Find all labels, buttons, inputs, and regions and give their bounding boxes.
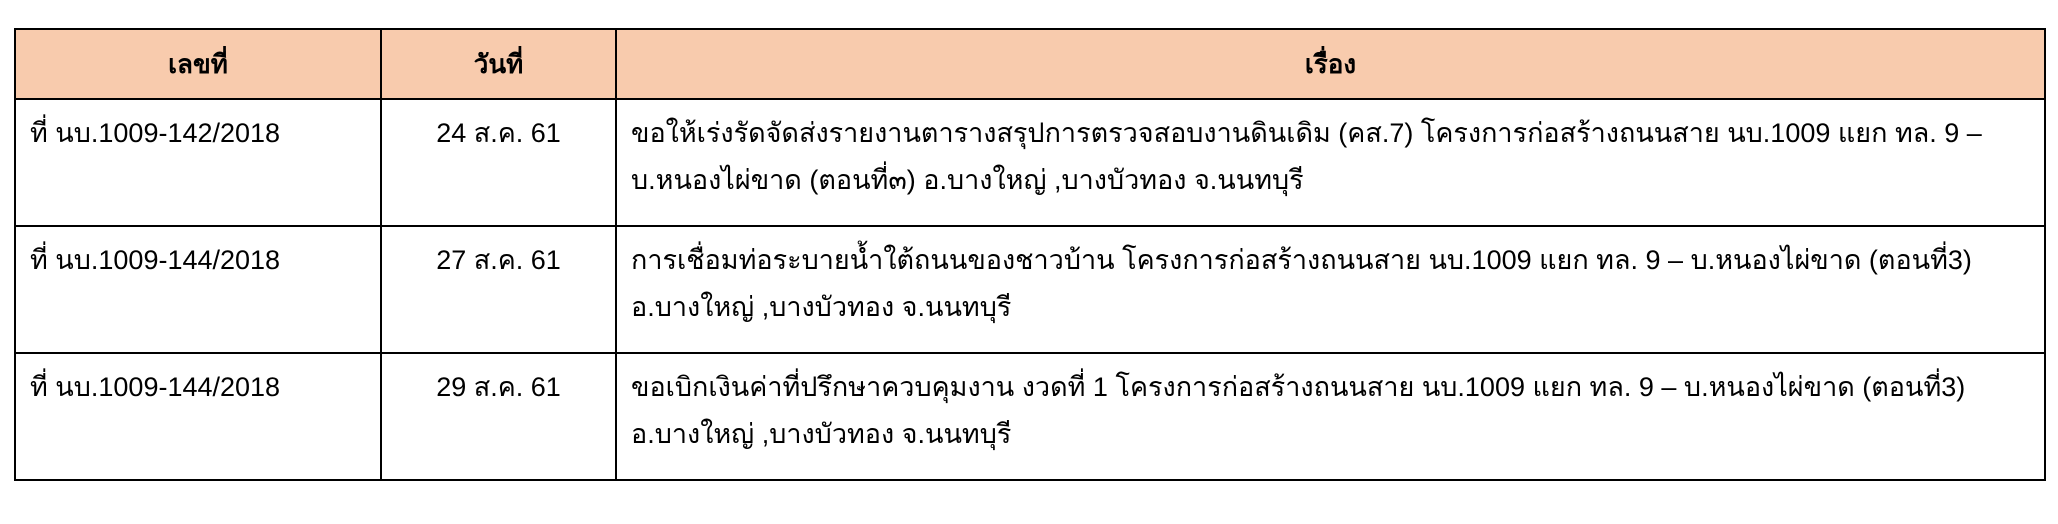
table-header-row: เลขที่ วันที่ เรื่อง [15,29,2045,99]
document-date: 27 ส.ค. 61 [381,226,616,353]
column-header-subject: เรื่อง [616,29,2045,99]
table-row: ที่ นบ.1009-142/2018 24 ส.ค. 61 ขอให้เร่… [15,99,2045,226]
column-header-number: เลขที่ [15,29,381,99]
document-subject: ขอเบิกเงินค่าที่ปรึกษาควบคุมงาน งวดที่ 1… [616,353,2045,480]
table-row: ที่ นบ.1009-144/2018 27 ส.ค. 61 การเชื่อ… [15,226,2045,353]
document-number: ที่ นบ.1009-142/2018 [15,99,381,226]
document-date: 29 ส.ค. 61 [381,353,616,480]
correspondence-table: เลขที่ วันที่ เรื่อง ที่ นบ.1009-142/201… [14,28,2046,481]
document-number: ที่ นบ.1009-144/2018 [15,353,381,480]
document-subject: การเชื่อมท่อระบายน้ำใต้ถนนของชาวบ้าน โคร… [616,226,2045,353]
document-subject: ขอให้เร่งรัดจัดส่งรายงานตารางสรุปการตรวจ… [616,99,2045,226]
column-header-date: วันที่ [381,29,616,99]
document-number: ที่ นบ.1009-144/2018 [15,226,381,353]
document-page: เลขที่ วันที่ เรื่อง ที่ นบ.1009-142/201… [0,0,2058,524]
table-row: ที่ นบ.1009-144/2018 29 ส.ค. 61 ขอเบิกเง… [15,353,2045,480]
document-date: 24 ส.ค. 61 [381,99,616,226]
